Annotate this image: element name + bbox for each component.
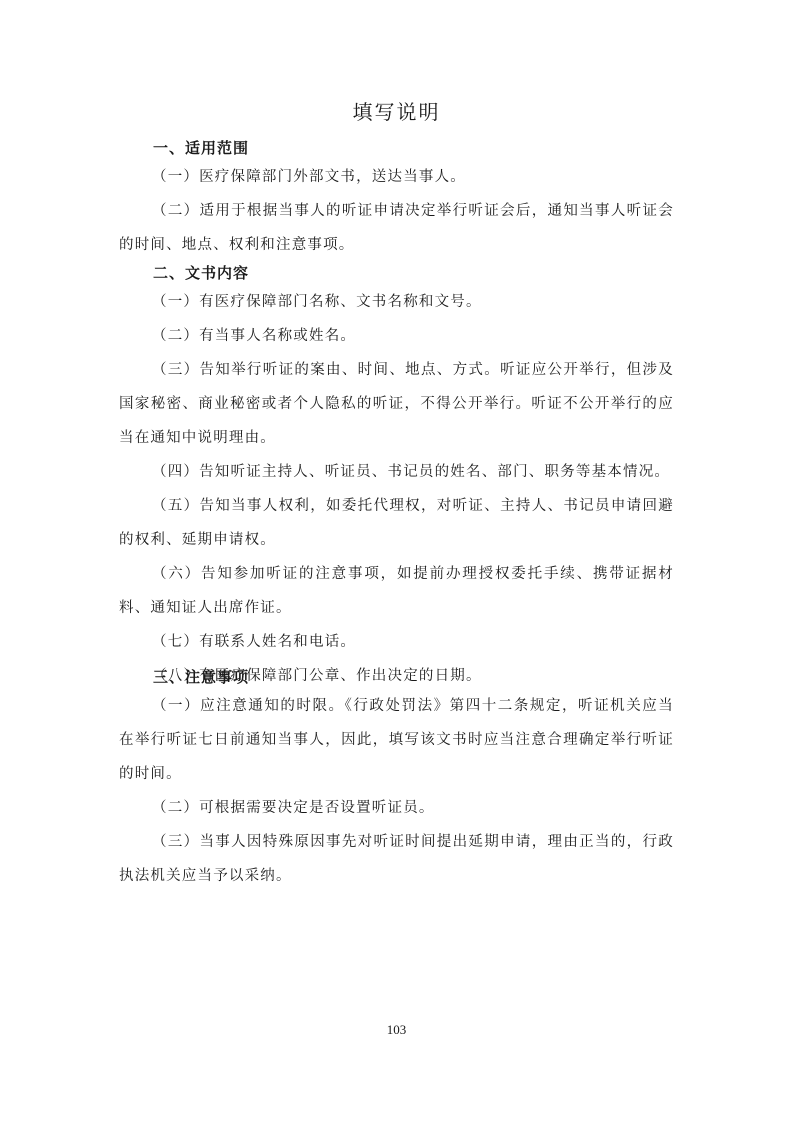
content-item-5: （五）告知当事人权利，如委托代理权，对听证、主持人、书记员申请回避的权利、延期申… bbox=[119, 489, 674, 557]
scope-item-1: （一）医疗保障部门外部文书，送达当事人。 bbox=[119, 160, 674, 194]
content-item-4: （四）告知听证主持人、听证员、书记员的姓名、部门、职务等基本情况。 bbox=[119, 455, 674, 489]
content-item-1: （一）有医疗保障部门名称、文书名称和文号。 bbox=[119, 285, 674, 319]
content-item-3: （三）告知举行听证的案由、时间、地点、方式。听证应公开举行，但涉及国家秘密、商业… bbox=[119, 353, 674, 455]
page-number: 103 bbox=[0, 1022, 793, 1038]
document-title: 填写说明 bbox=[119, 96, 674, 125]
section-heading-notes: 三、注意事项 bbox=[153, 666, 249, 687]
section-heading-content: 二、文书内容 bbox=[153, 262, 249, 283]
notes-item-2: （二）可根据需要决定是否设置听证员。 bbox=[119, 791, 674, 825]
notes-item-1: （一）应注意通知的时限。《行政处罚法》第四十二条规定，听证机关应当在举行听证七日… bbox=[119, 689, 674, 791]
section-heading-scope: 一、适用范围 bbox=[153, 137, 249, 158]
notes-item-3: （三）当事人因特殊原因事先对听证时间提出延期申请，理由正当的，行政执法机关应当予… bbox=[119, 825, 674, 893]
content-item-6: （六）告知参加听证的注意事项，如提前办理授权委托手续、携带证据材料、通知证人出席… bbox=[119, 557, 674, 625]
scope-item-2: （二）适用于根据当事人的听证申请决定举行听证会后，通知当事人听证会的时间、地点、… bbox=[119, 194, 674, 262]
content-item-2: （二）有当事人名称或姓名。 bbox=[119, 319, 674, 353]
content-item-7: （七）有联系人姓名和电话。 bbox=[119, 625, 674, 659]
